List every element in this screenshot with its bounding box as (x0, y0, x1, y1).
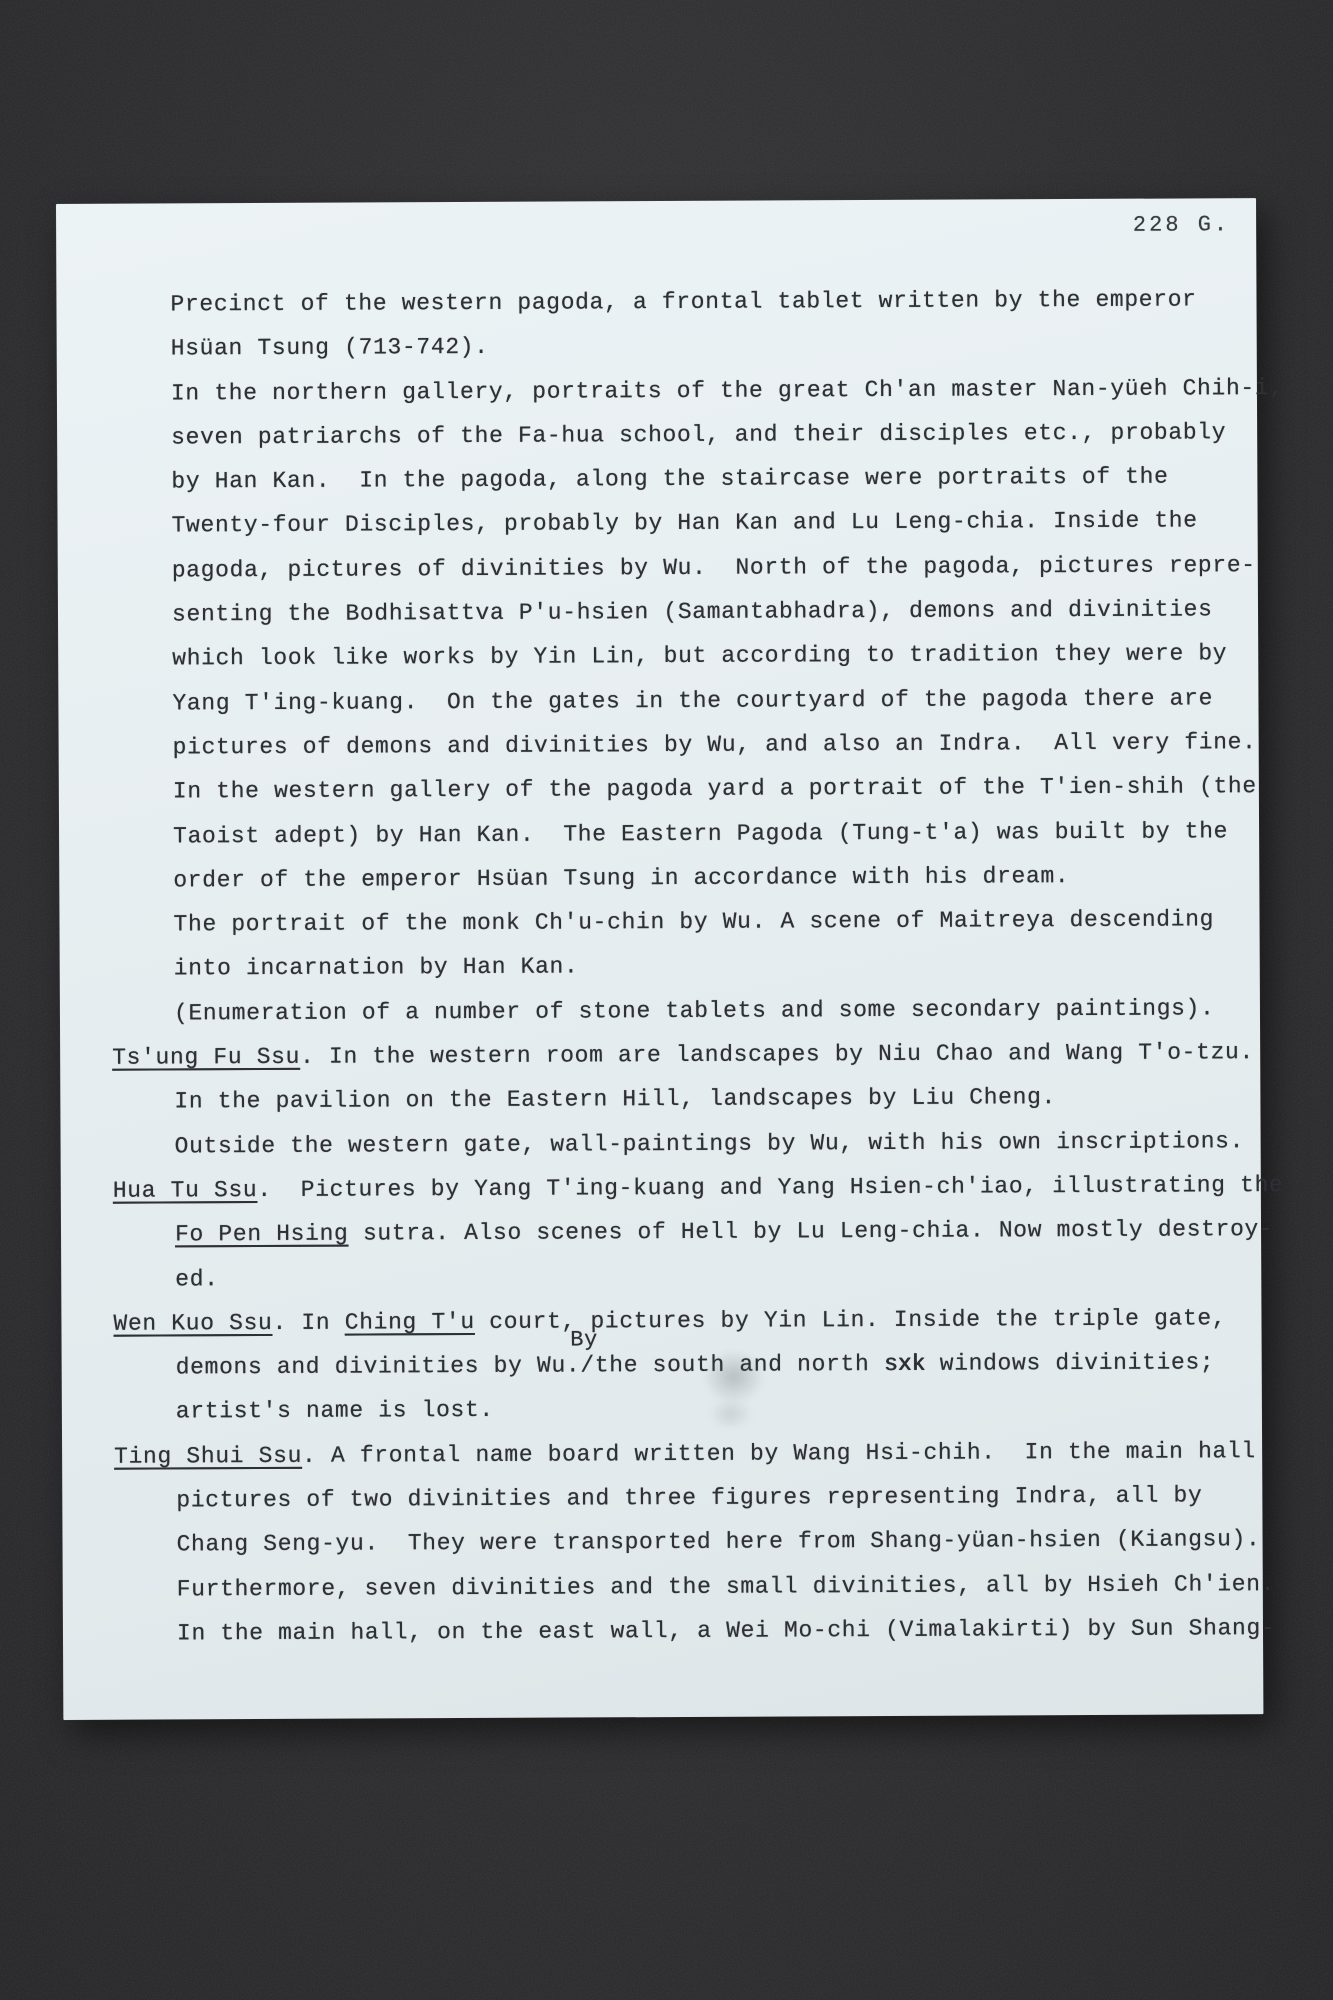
text-segment: ed. (175, 1266, 218, 1292)
text-segment: In the pavilion on the Eastern Hill, lan… (174, 1084, 1056, 1114)
text-line: Ting Shui Ssu. A frontal name board writ… (114, 1438, 1262, 1488)
text-line: which look like works by Yin Lin, but ac… (172, 641, 1258, 691)
text-segment: order of the emperor Hsüan Tsung in acco… (173, 863, 1069, 893)
text-segment: senting the Bodhisattva P'u-hsien (Saman… (172, 596, 1213, 627)
text-segment: pagoda, pictures of divinities by Wu. No… (172, 552, 1256, 583)
text-segment: (Enumeration of a number of stone tablet… (174, 995, 1215, 1026)
text-segment: which look like works by Yin Lin, but ac… (172, 641, 1227, 672)
text-segment: In the northern gallery, portraits of th… (171, 375, 1284, 406)
text-line: Wen Kuo Ssu. In Ching T'u court, picture… (113, 1305, 1261, 1355)
text-segment: sutra. Also scenes of Hell by Lu Leng-ch… (348, 1216, 1273, 1247)
text-segment: by Han Kan. In the pagoda, along the sta… (171, 464, 1168, 495)
underlined-text: Wen Kuo Ssu (113, 1310, 272, 1337)
text-line: In the western gallery of the pagoda yar… (173, 773, 1259, 823)
underlined-text: Fo Pen Hsing (175, 1221, 349, 1248)
text-line: senting the Bodhisattva P'u-hsien (Saman… (172, 596, 1258, 646)
underlined-text: Ching T'u (345, 1309, 475, 1336)
text-segment: The portrait of the monk Ch'u-chin by Wu… (173, 907, 1214, 938)
text-line: In the northern gallery, portraits of th… (171, 375, 1257, 425)
text-line: by Han Kan. In the pagoda, along the sta… (171, 463, 1257, 513)
text-segment: . In (272, 1309, 344, 1335)
typewritten-page: 228 G. Precinct of the western pagoda, a… (56, 198, 1263, 1720)
text-line: ed. (175, 1261, 1261, 1311)
text-line: into incarnation by Han Kan. (174, 951, 1260, 1001)
text-line: Twenty-four Disciples, probably by Han K… (172, 508, 1258, 558)
underlined-text: Hua Tu Ssu (113, 1177, 258, 1204)
text-segment: Chang Seng-yu. They were transported her… (176, 1526, 1260, 1557)
typed-text: Precinct of the western pagoda, a fronta… (56, 198, 1263, 1665)
text-line: Chang Seng-yu. They were transported her… (176, 1526, 1262, 1576)
text-line: Ts'ung Fu Ssu. In the western room are l… (112, 1039, 1260, 1089)
text-line: Precinct of the western pagoda, a fronta… (170, 286, 1256, 336)
text-line: pictures of two divinities and three fig… (176, 1482, 1262, 1532)
text-segment: In the main hall, on the east wall, a We… (177, 1615, 1275, 1646)
text-segment: into incarnation by Han Kan. (174, 954, 579, 982)
text-line: Hua Tu Ssu. Pictures by Yang T'ing-kuang… (113, 1172, 1261, 1222)
ink-smudge-faint (708, 1397, 754, 1431)
text-line: pictures of demons and divinities by Wu,… (173, 729, 1259, 779)
text-line: In the pavilion on the Eastern Hill, lan… (174, 1083, 1260, 1133)
text-segment: seven patriarchs of the Fa-hua school, a… (171, 419, 1226, 450)
text-segment: Precinct of the western pagoda, a fronta… (170, 286, 1196, 317)
text-segment: Twenty-four Disciples, probably by Han K… (172, 508, 1198, 539)
text-line: seven patriarchs of the Fa-hua school, a… (171, 419, 1257, 469)
text-line: Hsüan Tsung (713-742). (171, 330, 1257, 380)
text-line: Taoist adept) by Han Kan. The Eastern Pa… (173, 818, 1259, 868)
text-line: pagoda, pictures of divinities by Wu. No… (172, 552, 1258, 602)
text-segment: Outside the western gate, wall-paintings… (175, 1128, 1245, 1159)
underlined-text: Ting Shui Ssu (114, 1443, 302, 1470)
text-segment: demons and divinities by Wu. (176, 1353, 581, 1381)
text-segment: windows divinities; (925, 1349, 1214, 1376)
text-segment: Hsüan Tsung (713-742). (171, 334, 489, 362)
text-line: Yang T'ing-kuang. On the gates in the co… (172, 685, 1258, 735)
text-line: Outside the western gate, wall-paintings… (175, 1128, 1261, 1178)
text-segment: . Pictures by Yang T'ing-kuang and Yang … (257, 1172, 1283, 1203)
text-segment: Furthermore, seven divinities and the sm… (177, 1571, 1275, 1602)
text-line: Furthermore, seven divinities and the sm… (177, 1571, 1263, 1621)
text-segment: In the western gallery of the pagoda yar… (173, 773, 1257, 804)
text-line: (Enumeration of a number of stone tablet… (174, 995, 1260, 1045)
underlined-text: Ts'ung Fu Ssu (112, 1044, 300, 1071)
text-segment: . In the western room are landscapes by … (300, 1039, 1254, 1070)
text-segment: artist's name is lost. (176, 1397, 494, 1425)
text-segment: pictures of two divinities and three fig… (176, 1482, 1202, 1513)
text-line: In the main hall, on the east wall, a We… (177, 1615, 1263, 1665)
text-segment: Yang T'ing-kuang. On the gates in the co… (172, 685, 1213, 716)
text-line: Fo Pen Hsing sutra. Also scenes of Hell … (175, 1216, 1261, 1266)
text-segment: . A frontal name board written by Wang H… (302, 1438, 1256, 1469)
text-segment: pictures of demons and divinities by Wu,… (173, 729, 1257, 760)
text-line: order of the emperor Hsüan Tsung in acco… (173, 862, 1259, 912)
text-line: The portrait of the monk Ch'u-chin by Wu… (173, 906, 1259, 956)
text-segment: sxk (884, 1351, 926, 1377)
text-segment: Taoist adept) by Han Kan. The Eastern Pa… (173, 818, 1228, 849)
